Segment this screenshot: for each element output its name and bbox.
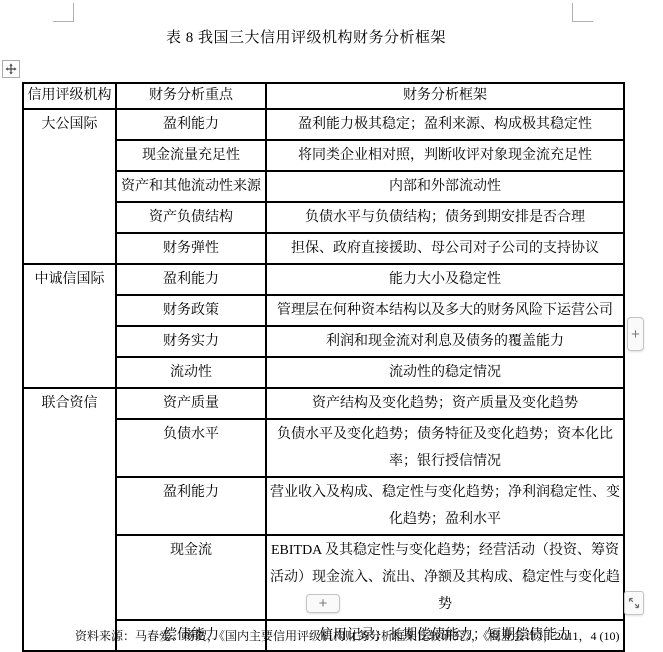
focus-cell: 资产和其他流动性来源 (116, 171, 266, 202)
table-row: 大公国际盈利能力盈利能力极其稳定；盈利来源、构成极其稳定性 (23, 109, 624, 140)
table-row: 联合资信资产质量资产结构及变化趋势；资产质量及变化趋势 (23, 388, 624, 419)
analysis-table: 信用评级机构财务分析重点财务分析框架 大公国际盈利能力盈利能力极其稳定；盈利来源… (22, 82, 625, 652)
column-header: 信用评级机构 (23, 83, 116, 109)
focus-cell: 财务政策 (116, 295, 266, 326)
agency-cell: 联合资信 (23, 388, 116, 651)
focus-cell: 盈利能力 (116, 477, 266, 535)
agency-cell: 中诚信国际 (23, 264, 116, 388)
text-boundary-mark-top-right (572, 3, 593, 22)
table-resize-handle[interactable] (624, 591, 644, 615)
focus-cell: 资产质量 (116, 388, 266, 419)
framework-cell: 资产结构及变化趋势；资产质量及变化趋势 (266, 388, 624, 419)
focus-cell: 盈利能力 (116, 264, 266, 295)
insert-column-button[interactable]: + (627, 317, 644, 351)
framework-cell: 利润和现金流对利息及债务的覆盖能力 (266, 326, 624, 357)
framework-cell: 管理层在何种资本结构以及多大的财务风险下运营公司 (266, 295, 624, 326)
focus-cell: 资产负债结构 (116, 202, 266, 233)
analysis-table-container: 信用评级机构财务分析重点财务分析框架 大公国际盈利能力盈利能力极其稳定；盈利来源… (22, 82, 625, 652)
move-icon (5, 63, 17, 75)
focus-cell: 财务弹性 (116, 233, 266, 264)
focus-cell: 盈利能力 (116, 109, 266, 140)
column-header: 财务分析框架 (266, 83, 624, 109)
framework-cell: 将同类企业相对照，判断收评对象现金流充足性 (266, 140, 624, 171)
agency-cell: 大公国际 (23, 109, 116, 264)
framework-cell: 负债水平及变化趋势；债务特征及变化趋势；资本化比率；银行授信情况 (266, 419, 624, 477)
table-row: 中诚信国际盈利能力能力大小及稳定性 (23, 264, 624, 295)
framework-cell: 担保、政府直接援助、母公司对子公司的支持协议 (266, 233, 624, 264)
framework-cell: 营业收入及构成、稳定性与变化趋势；净利润稳定性、变化趋势；盈利水平 (266, 477, 624, 535)
framework-cell: 内部和外部流动性 (266, 171, 624, 202)
focus-cell: 负债水平 (116, 419, 266, 477)
framework-cell: 负债水平与负债结构；债务到期安排是否合理 (266, 202, 624, 233)
insert-row-button[interactable]: + (306, 594, 340, 613)
focus-cell: 现金流量充足性 (116, 140, 266, 171)
table-caption: 表 8 我国三大信用评级机构财务分析框架 (0, 26, 612, 47)
framework-cell: 盈利能力极其稳定；盈利来源、构成极其稳定性 (266, 109, 624, 140)
document-page: 表 8 我国三大信用评级机构财务分析框架 信用评级机构财务分析重点财务分析框架 … (0, 0, 663, 652)
column-header: 财务分析重点 (116, 83, 266, 109)
plus-icon: + (631, 326, 640, 343)
header-row: 信用评级机构财务分析重点财务分析框架 (23, 83, 624, 109)
framework-cell: 能力大小及稳定性 (266, 264, 624, 295)
plus-icon: + (319, 595, 328, 612)
framework-cell: 流动性的稳定情况 (266, 357, 624, 388)
focus-cell: 流动性 (116, 357, 266, 388)
source-note: 资料来源：马春爱、杨贺，《国内主要信用评级机构财务分析框架比较研究》，《商业会计… (75, 627, 620, 644)
table-move-handle[interactable] (2, 60, 20, 78)
text-boundary-mark-top-left (53, 3, 74, 22)
focus-cell: 财务实力 (116, 326, 266, 357)
focus-cell: 现金流 (116, 535, 266, 620)
diagonal-resize-icon (627, 595, 641, 611)
